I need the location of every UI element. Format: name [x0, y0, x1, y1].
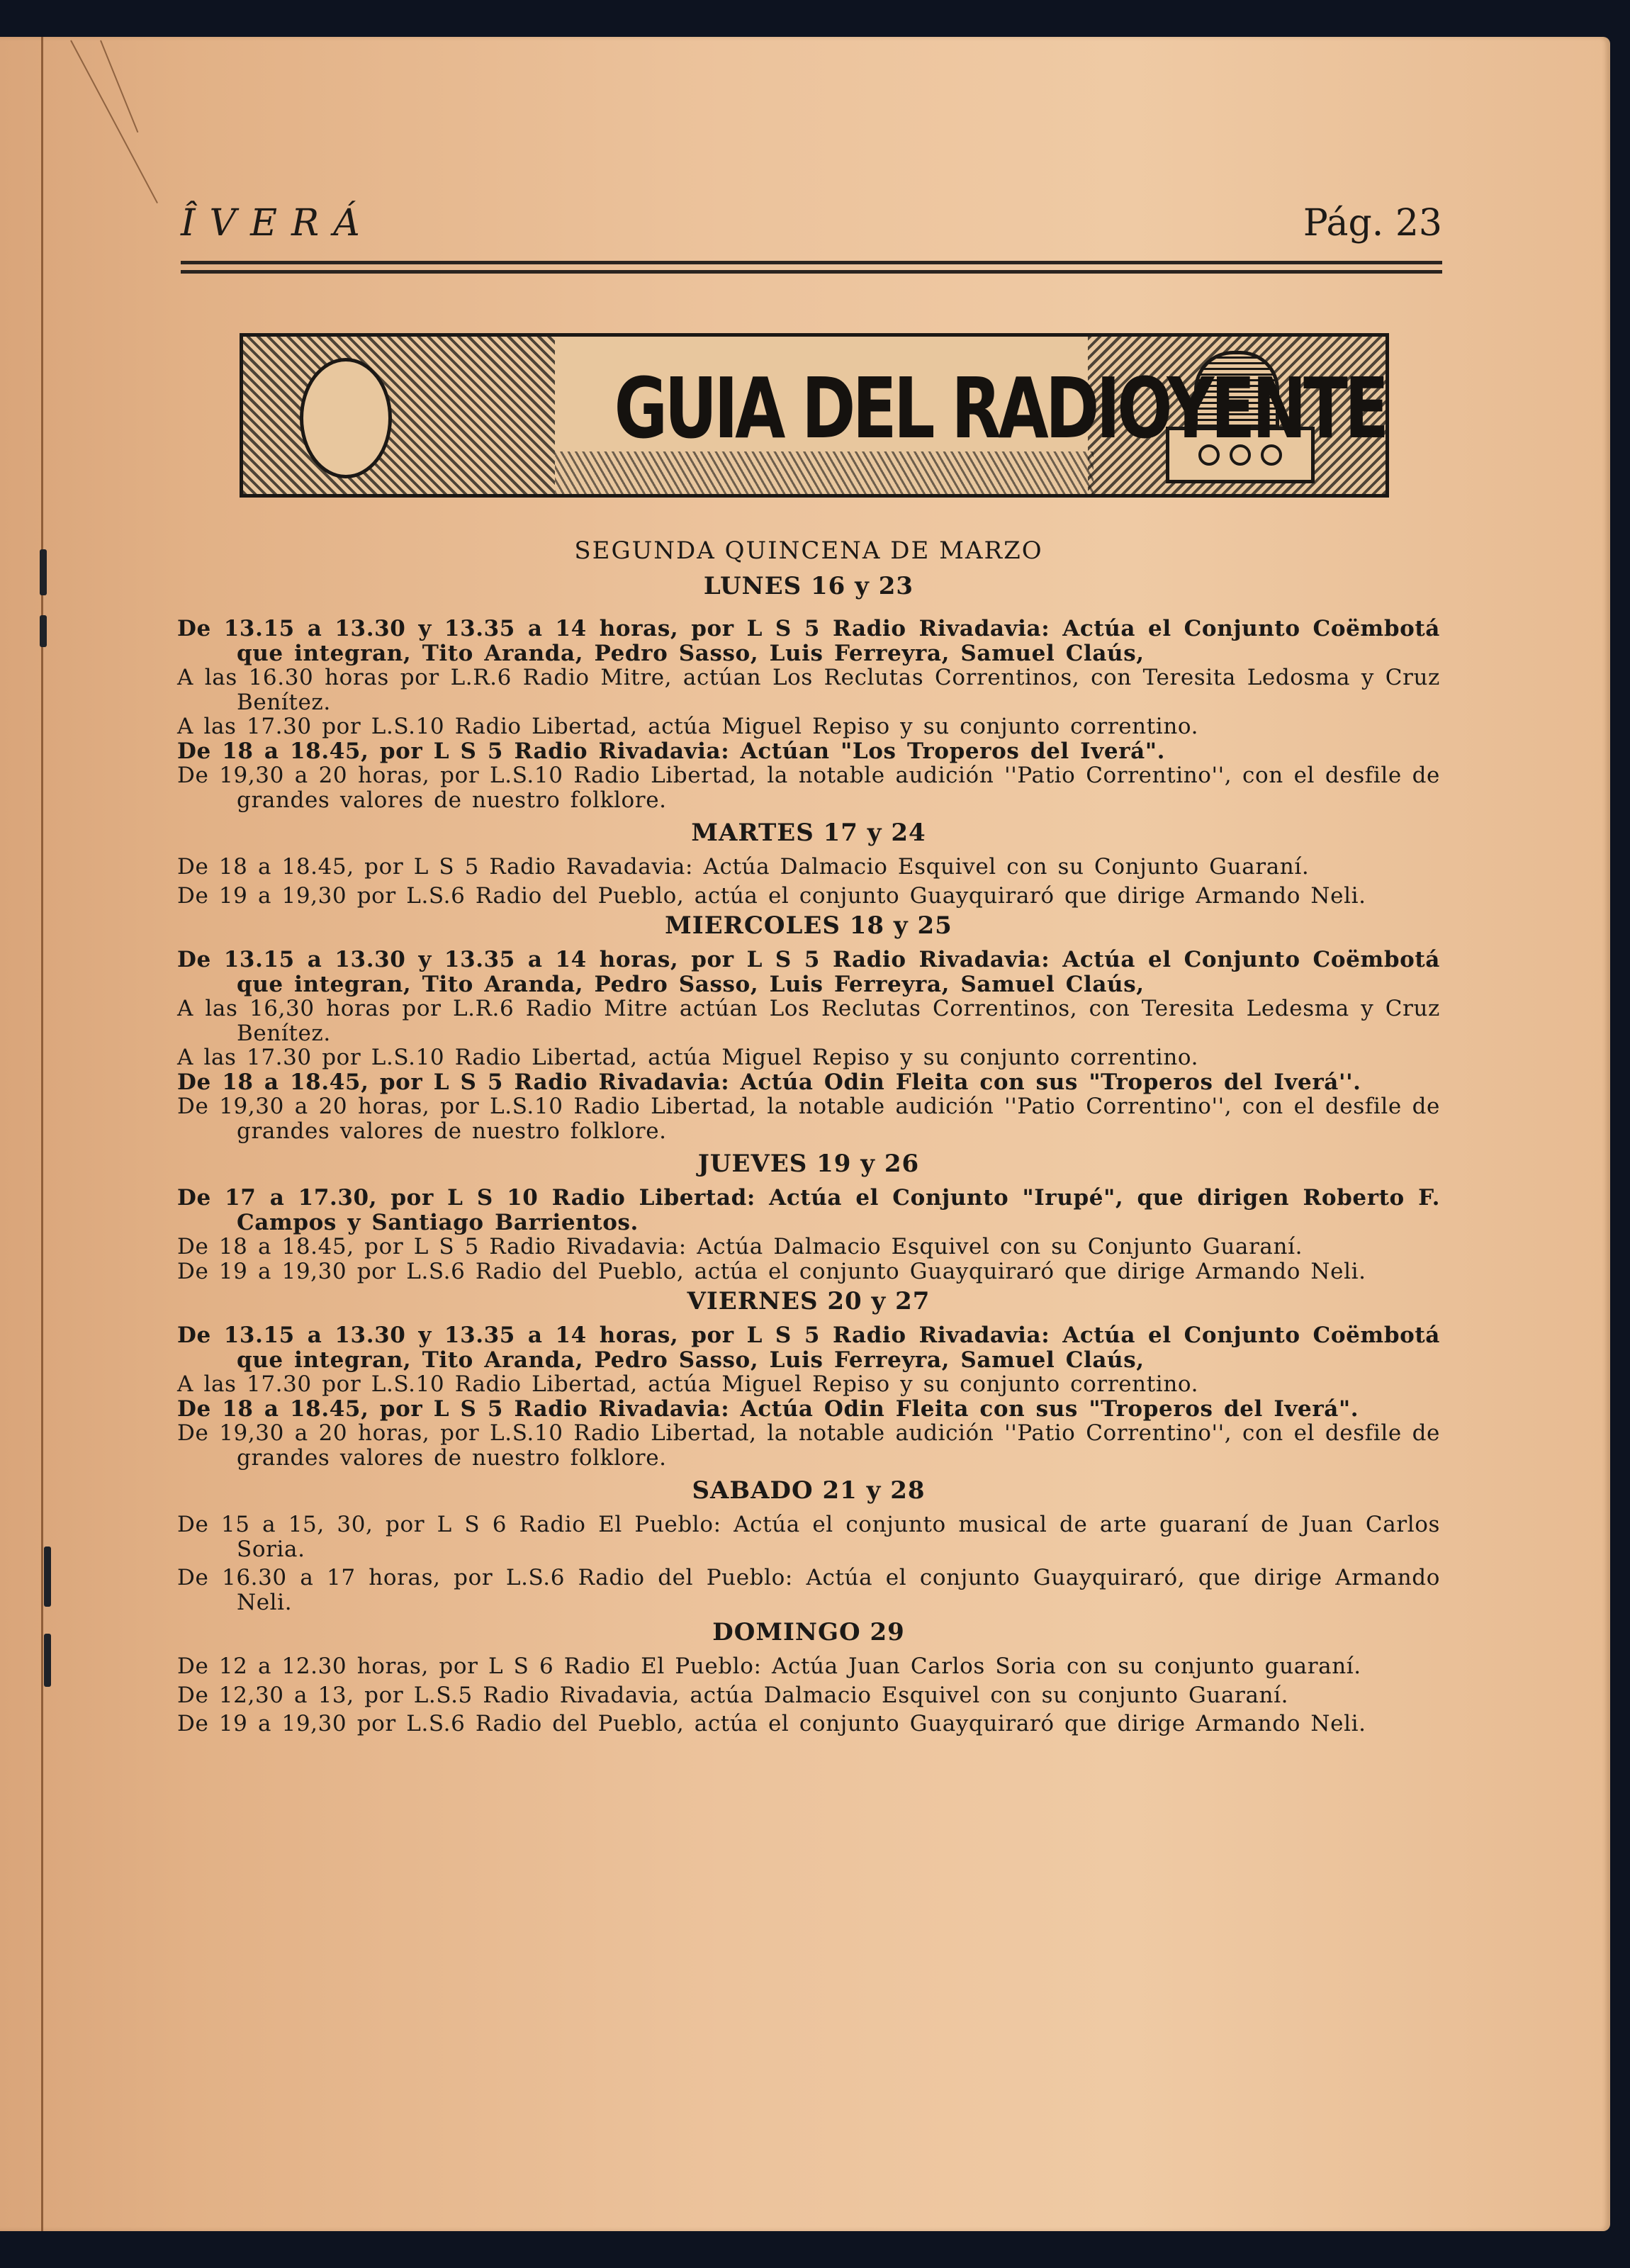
header-rule-top — [181, 261, 1442, 264]
schedule-entry: De 19 a 19,30 por L.S.6 Radio del Pueblo… — [177, 1259, 1440, 1284]
section-subtitle: SEGUNDA QUINCENA DE MARZO — [177, 533, 1440, 568]
day-heading: MIERCOLES 18 y 25 — [177, 909, 1440, 942]
day-heading: VIERNES 20 y 27 — [177, 1285, 1440, 1318]
staple — [40, 615, 47, 647]
schedule-entry: De 12 a 12.30 horas, por L S 6 Radio El … — [177, 1654, 1440, 1679]
schedule-entry: De 18 a 18.45, por L S 5 Radio Rivadavia… — [177, 1070, 1440, 1095]
schedule-entry: De 17 a 17.30, por L S 10 Radio Libertad… — [177, 1186, 1440, 1235]
banner-title: GUIA DEL RADIOYENTE — [614, 355, 1035, 461]
day-heading: SABADO 21 y 28 — [177, 1474, 1440, 1507]
day-heading: LUNES 16 y 23 — [177, 570, 1440, 602]
staple — [40, 549, 47, 595]
schedule-entry: De 19,30 a 20 horas, por L.S.10 Radio Li… — [177, 1094, 1440, 1143]
radio-guide-banner: GUIA DEL RADIOYENTE — [240, 333, 1389, 498]
schedule-entry: De 19,30 a 20 horas, por L.S.10 Radio Li… — [177, 763, 1440, 812]
schedule-entry: De 18 a 18.45, por L S 5 Radio Rivadavia… — [177, 739, 1440, 764]
day-heading: DOMINGO 29 — [177, 1616, 1440, 1649]
schedule-entry: A las 16.30 horas por L.R.6 Radio Mitre,… — [177, 666, 1440, 714]
day-heading: MARTES 17 y 24 — [177, 816, 1440, 849]
schedule-entry: De 13.15 a 13.30 y 13.35 a 14 horas, por… — [177, 617, 1440, 666]
schedule-entry: De 15 a 15, 30, por L S 6 Radio El Puebl… — [177, 1512, 1440, 1561]
schedule-entry: A las 17.30 por L.S.10 Radio Libertad, a… — [177, 714, 1440, 739]
schedule-entry: De 13.15 a 13.30 y 13.35 a 14 horas, por… — [177, 948, 1440, 997]
schedule-entry: De 18 a 18.45, por L S 5 Radio Ravadavia… — [177, 855, 1440, 880]
schedule-entry: De 19 a 19,30 por L.S.6 Radio del Pueblo… — [177, 1712, 1440, 1736]
day-heading: JUEVES 19 y 26 — [177, 1147, 1440, 1180]
schedule-entry: De 13.15 a 13.30 y 13.35 a 14 horas, por… — [177, 1323, 1440, 1372]
staple — [44, 1546, 51, 1607]
page-number: Pág. 23 — [1303, 202, 1442, 245]
singer-illustration-icon — [300, 358, 392, 478]
binding-spine — [41, 37, 43, 2231]
schedule-entry: A las 17.30 por L.S.10 Radio Libertad, a… — [177, 1372, 1440, 1397]
schedule-entry: De 16.30 a 17 horas, por L.S.6 Radio del… — [177, 1566, 1440, 1615]
header-rule-bottom — [181, 270, 1442, 274]
banner-illustration-left — [243, 337, 555, 494]
schedule-entry: De 19 a 19,30 por L.S.6 Radio del Pueblo… — [177, 884, 1440, 909]
schedule-entry: A las 17.30 por L.S.10 Radio Libertad, a… — [177, 1045, 1440, 1070]
schedule-entry: De 18 a 18.45, por L S 5 Radio Rivadavia… — [177, 1235, 1440, 1259]
schedule-entry: De 19,30 a 20 horas, por L.S.10 Radio Li… — [177, 1421, 1440, 1470]
schedule-entry: De 18 a 18.45, por L S 5 Radio Rivadavia… — [177, 1397, 1440, 1422]
staple — [44, 1634, 51, 1687]
program-listing: SEGUNDA QUINCENA DE MARZO LUNES 16 y 23 … — [177, 533, 1440, 1736]
running-title: ÎVERÁ — [181, 202, 374, 245]
schedule-entry: De 12,30 a 13, por L.S.5 Radio Rivadavia… — [177, 1683, 1440, 1708]
schedule-entry: A las 16,30 horas por L.R.6 Radio Mitre … — [177, 997, 1440, 1045]
